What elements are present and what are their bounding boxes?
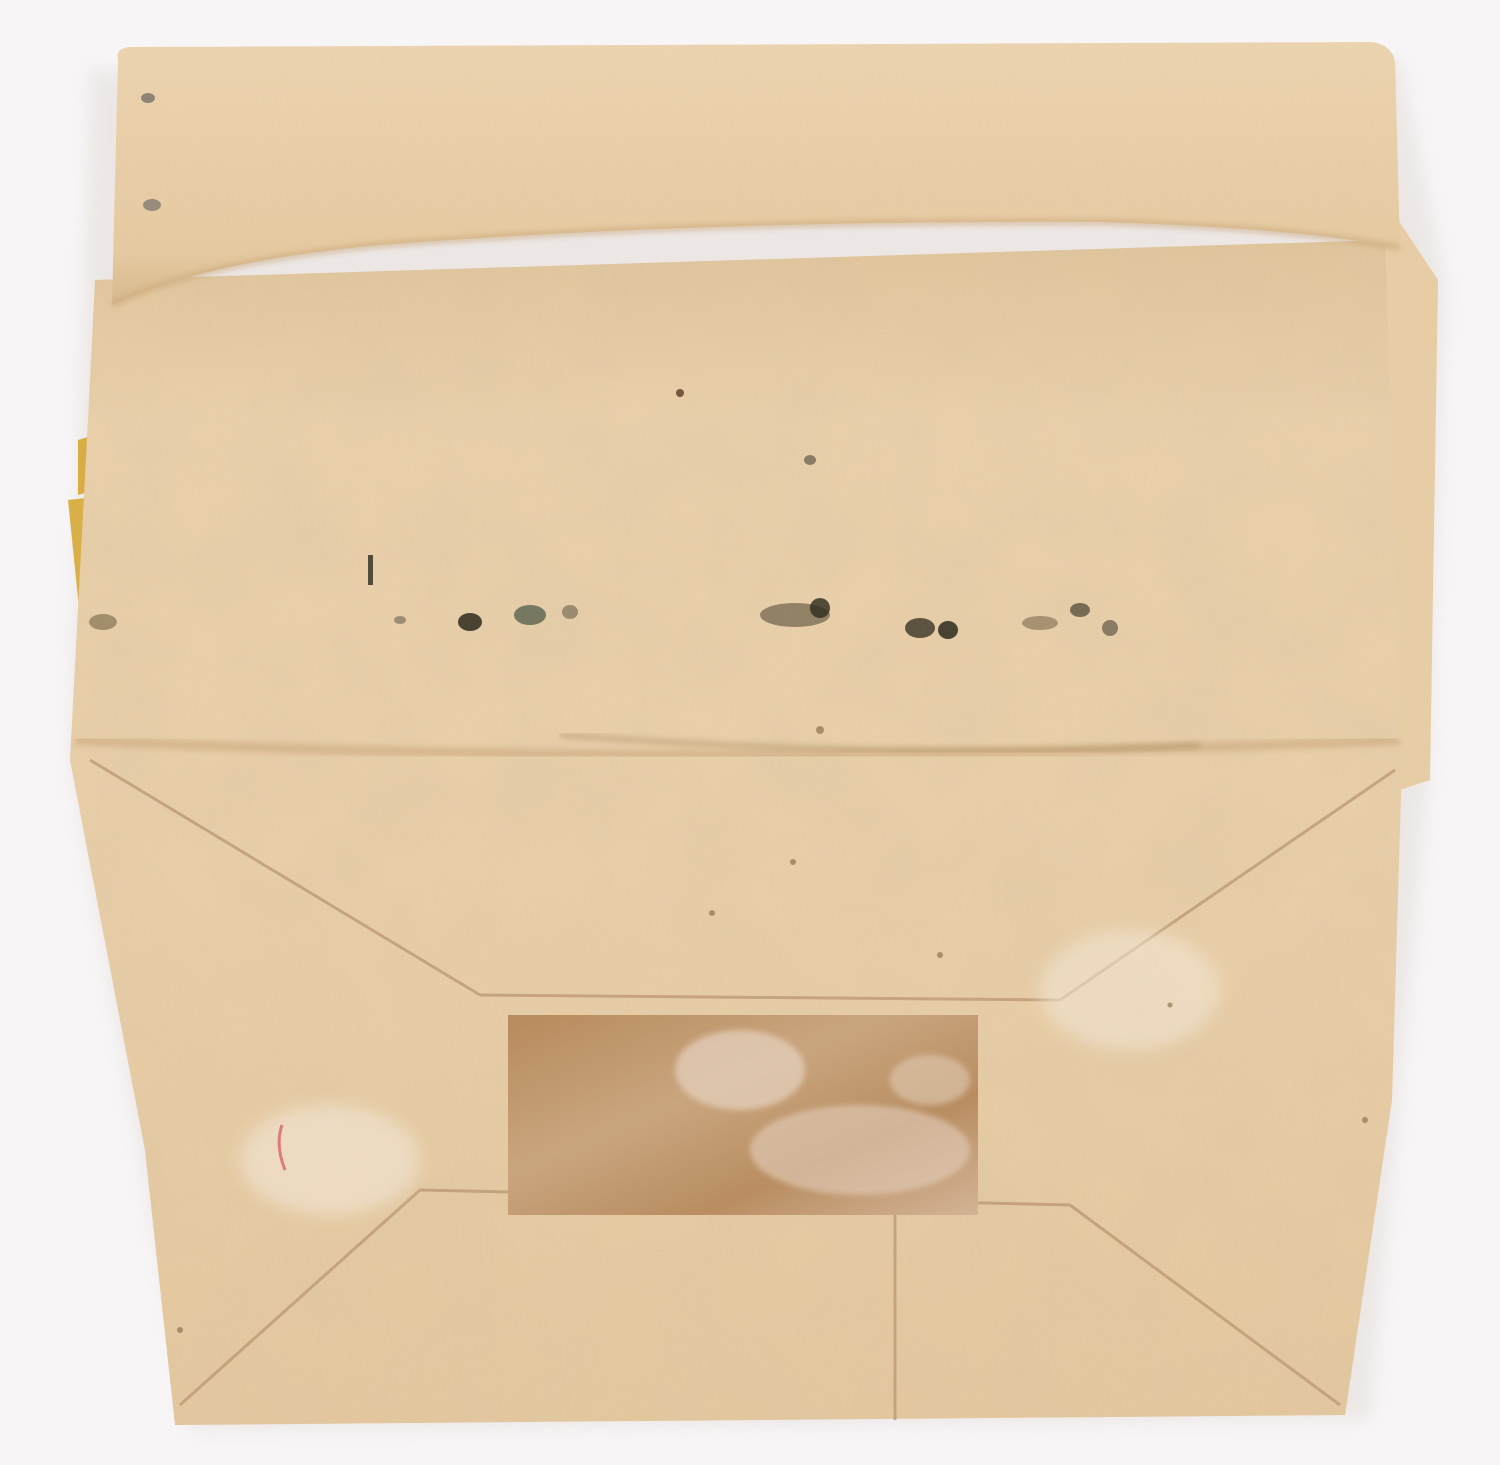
photo-scene: Old paper-wrapped rectangular package, v… [0, 0, 1500, 1465]
brown-patch [508, 1015, 978, 1215]
package-illustration [0, 0, 1500, 1465]
